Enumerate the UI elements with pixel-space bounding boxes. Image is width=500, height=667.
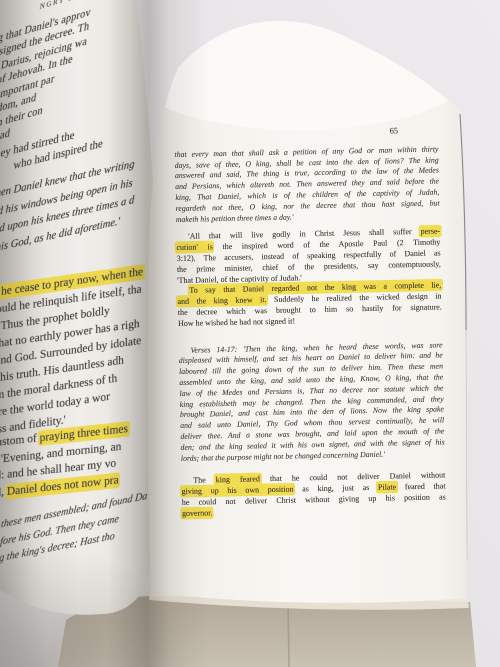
cover-crease-line xyxy=(288,604,289,667)
highlighted-text: king feared xyxy=(216,475,260,485)
right-page: 65 that every man that shall ask a petit… xyxy=(174,125,446,519)
left-page-text-middle: ould he cease to pray now, when thewould… xyxy=(0,264,143,442)
open-book-photo: NGRY LIONS REFUSED TO E d. Thinking that… xyxy=(0,0,500,667)
paragraph: Verses 14-17: 'Then the king, when he he… xyxy=(178,340,444,464)
text-segment: as king, just as xyxy=(293,483,378,494)
highlighted-text: and the king knew it. xyxy=(177,295,266,306)
text-segment: maketh his petition three times a day.' xyxy=(176,212,294,223)
paragraph: 'All that will live godly in Christ Jesu… xyxy=(176,227,441,287)
text-segment: oud, xyxy=(0,485,7,499)
right-page-body: that every man that shall ask a petition… xyxy=(174,144,446,519)
highlighted-text: cution' is xyxy=(176,242,213,252)
paragraph: The king feared that he could not delive… xyxy=(181,471,446,520)
text-segment: How he wished he had not signed it! xyxy=(178,316,295,327)
text-segment: The xyxy=(193,476,216,485)
left-page-scripture-quote-bottom: these men assembled; and found Dabefore … xyxy=(0,489,148,572)
highlighted-text: perse- xyxy=(421,227,441,236)
left-page-text-lower: s custom of praying three timesay: 'Even… xyxy=(0,421,128,502)
text-segment: feared that xyxy=(396,482,445,492)
highlighted-text: governor. xyxy=(182,508,213,518)
paragraph: that every man that shall ask a petition… xyxy=(174,144,440,225)
highlighted-text: Pilate xyxy=(378,483,396,492)
highlighted-text: giving up his own position xyxy=(181,485,293,496)
paragraph: To say that Daniel regarded not the king… xyxy=(177,281,442,330)
